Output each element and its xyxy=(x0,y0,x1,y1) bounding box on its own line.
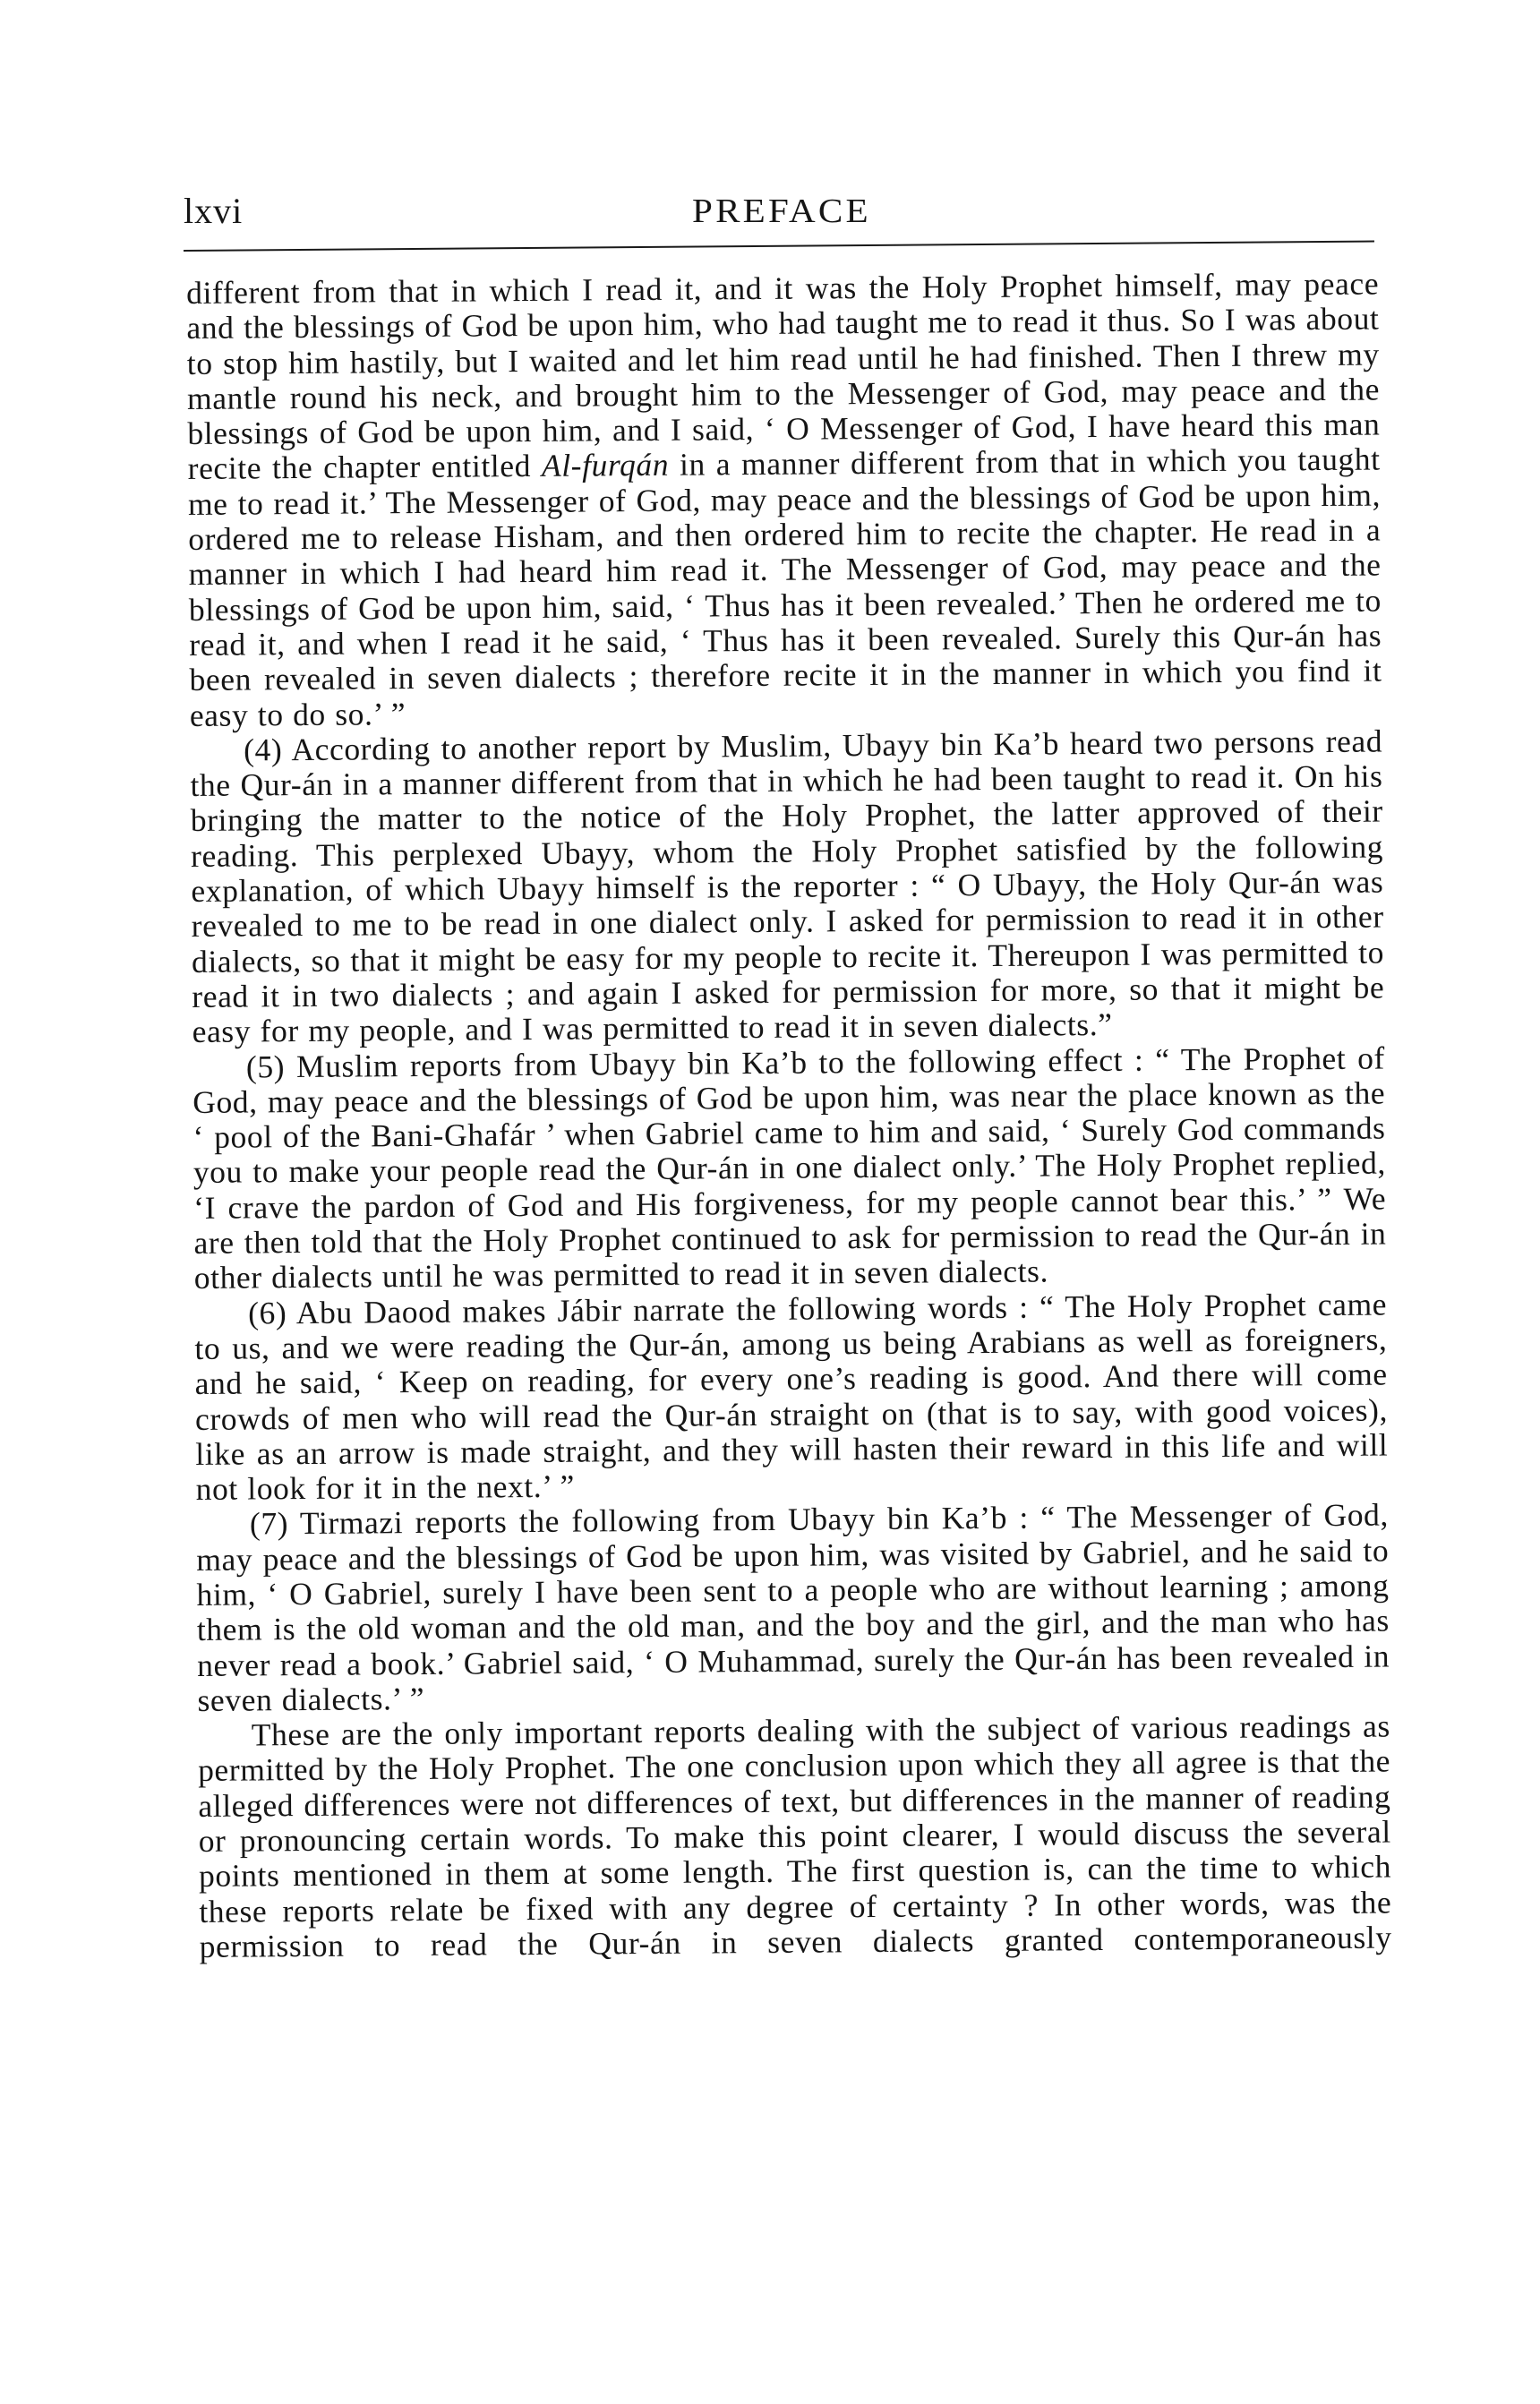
paragraph-report-6: (6) Abu Daood makes Jábir narrate the fo… xyxy=(194,1287,1389,1507)
paragraph-report-4: (4) According to another report by Musli… xyxy=(190,723,1385,1049)
paragraph-text: in a manner different from that in which… xyxy=(188,441,1382,733)
paragraph-continuation: different from that in which I read it, … xyxy=(186,267,1382,733)
paragraph-report-7: (7) Tirmazi reports the following from U… xyxy=(196,1498,1390,1718)
page-number: lxvi xyxy=(184,192,243,231)
paragraph-report-5: (5) Muslim reports from Ubayy bin Ka’b t… xyxy=(192,1040,1387,1296)
running-head: lxvi PREFACE xyxy=(184,192,1376,231)
running-title: PREFACE xyxy=(692,193,871,229)
header-rule xyxy=(184,241,1374,252)
body-text: different from that in which I read it, … xyxy=(186,267,1392,1965)
book-page: lxvi PREFACE different from that in whic… xyxy=(0,0,1540,2404)
paragraph-conclusion: These are the only important reports dea… xyxy=(198,1709,1392,1965)
chapter-title-italic: Al-furqán xyxy=(542,447,669,483)
